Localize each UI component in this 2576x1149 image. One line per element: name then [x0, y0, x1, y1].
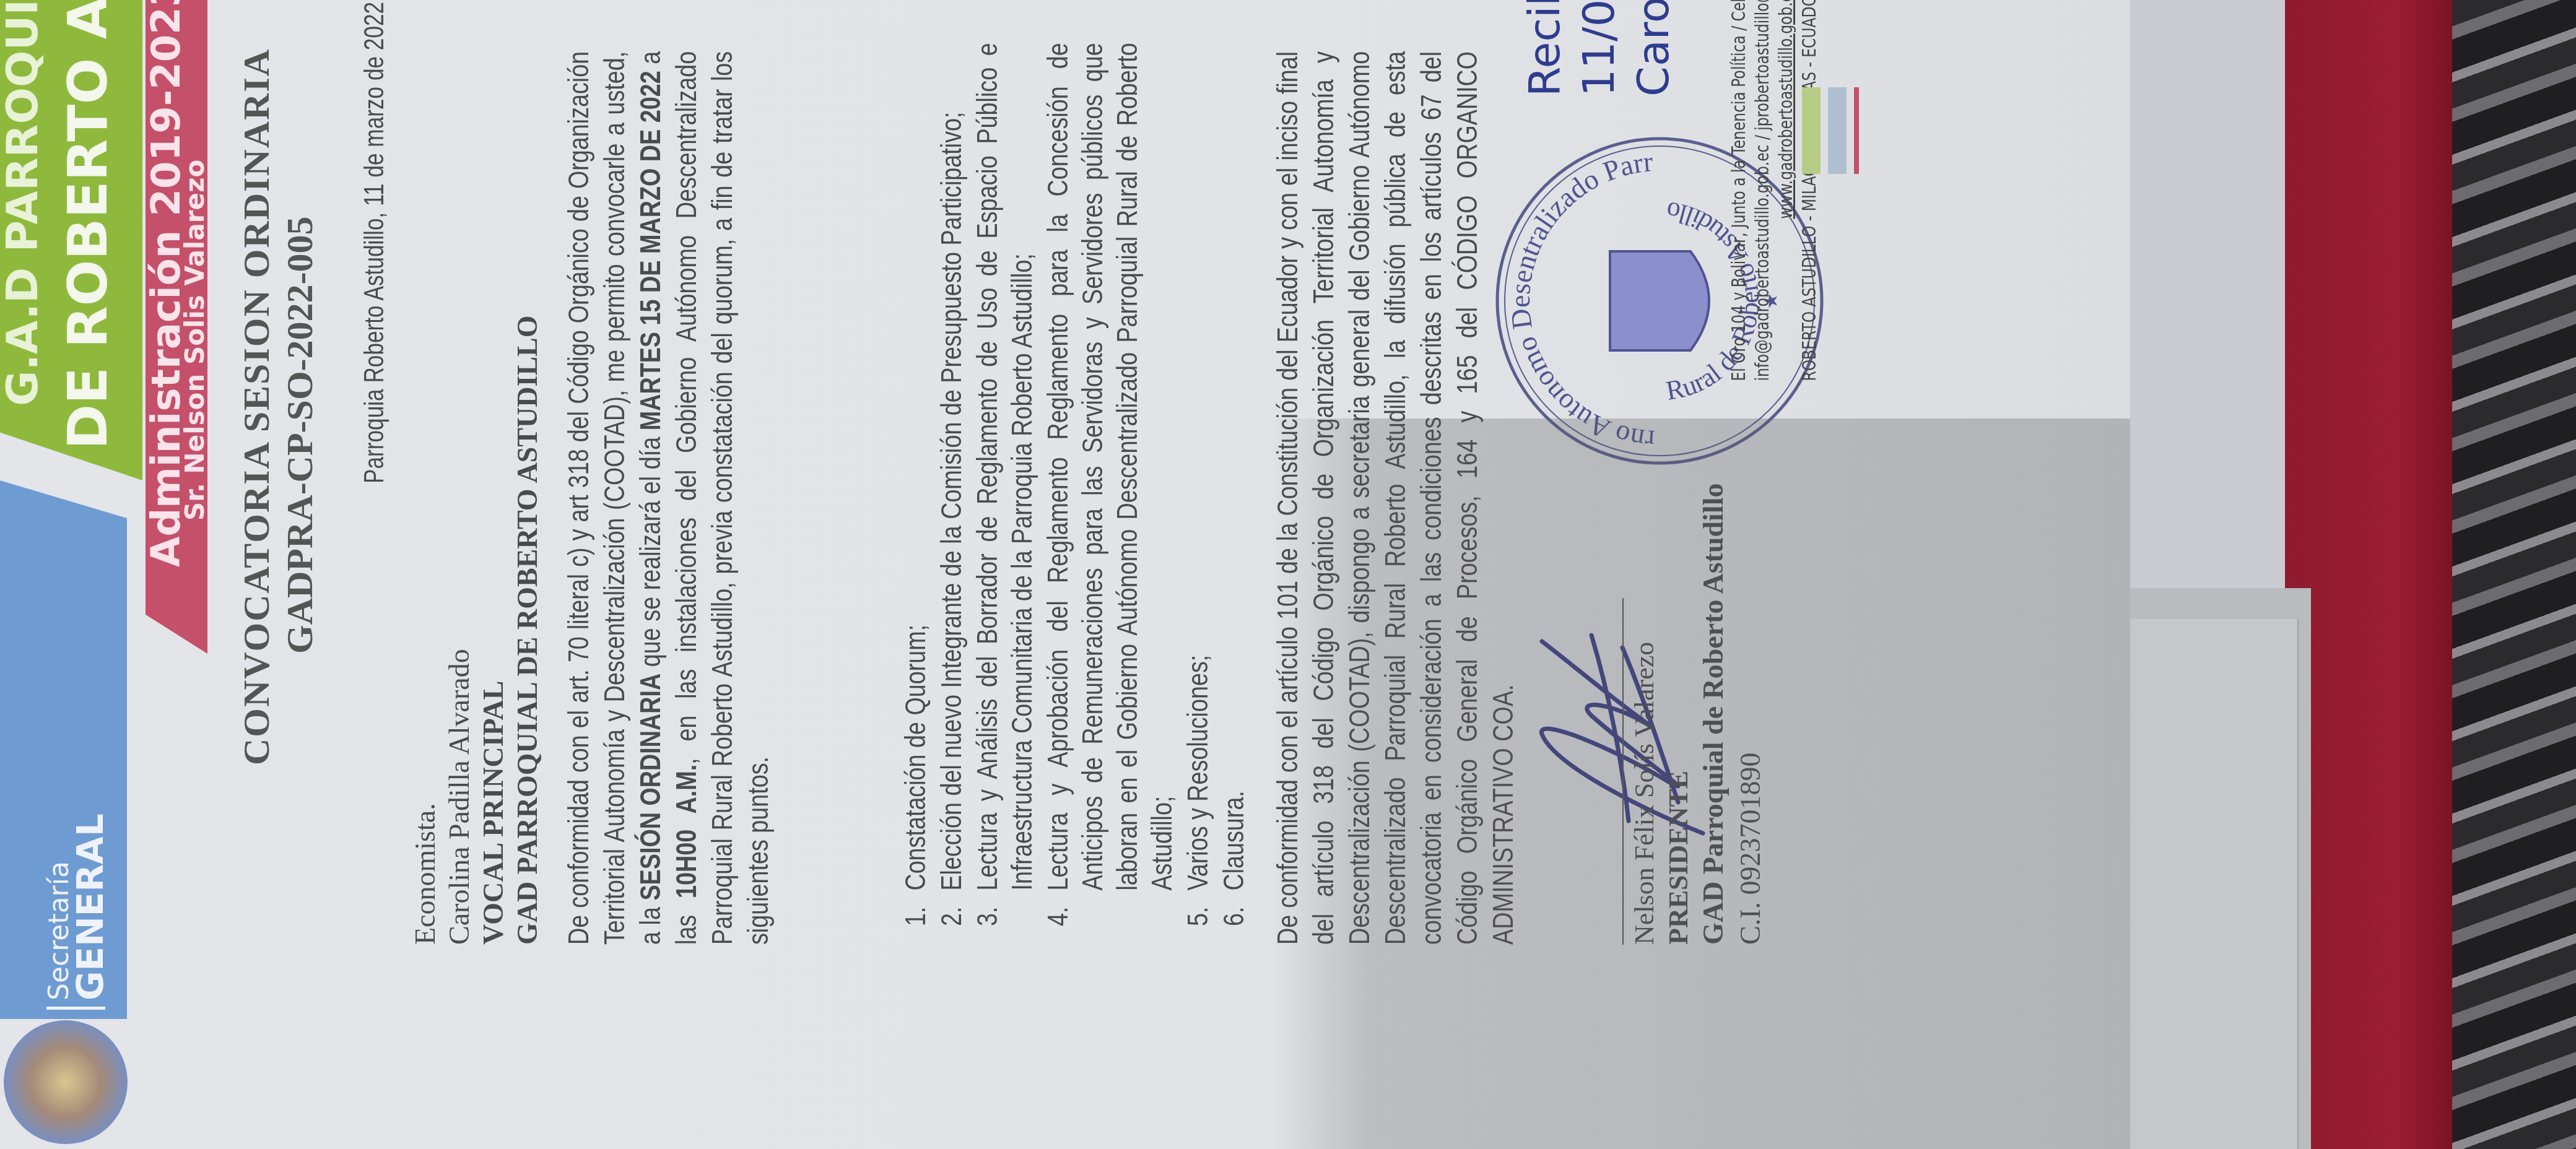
agenda-item: 3.Lectura y Análisis del Borrador de Reg…: [970, 43, 1039, 926]
footer-color-bars: [1802, 87, 1866, 174]
signatory-id: C.I. 0923701890: [1734, 753, 1767, 945]
signatory-name: Nelson Félix Solís Valarezo: [1629, 642, 1660, 945]
handnote-date: 11/03: [1572, 0, 1626, 97]
footer-emails[interactable]: info@gadrobertoastudillo.gob.ec / jprobe…: [1751, 0, 1775, 381]
footer-website-link[interactable]: www.gadrobertoastudillo.gob.ec: [1775, 0, 1798, 381]
footer-bar-blue: [1828, 87, 1847, 174]
agenda-text: Constatación de Quorum;: [898, 43, 933, 890]
agenda-item: 2.Elección del nuevo Integrante de la Co…: [934, 43, 968, 926]
intro-paragraph: De conformidad con el art. 70 literal c)…: [560, 51, 776, 945]
letterhead-footer: El Oro 104 y Bolivar, Junto a la Tenenci…: [1728, 0, 1822, 381]
agenda-text: Elección del nuevo Integrante de la Comi…: [934, 43, 968, 890]
handnote-received: Recib: [1517, 0, 1572, 97]
page-surface: G.A.D PARROQUIAL DE ROBERTO ASTUDILLO Ad…: [0, 0, 2130, 1149]
recipient-org: GAD PARROQUIAL DE ROBERTO ASTUDILLO: [511, 315, 544, 945]
recipient-title: Economista.: [409, 803, 442, 945]
org-name-line2: DE ROBERTO ASTUDILLO: [56, 0, 120, 449]
agenda-text: Clausura.: [1216, 43, 1251, 890]
handwritten-receipt-note: Recib 11/03 Carolina: [1517, 0, 1681, 97]
footer-bar-magenta: [1854, 87, 1859, 174]
parish-coat-of-arms-logo: [4, 1020, 128, 1144]
session-date: MARTES 15 DE MARZO DE 2022: [634, 71, 666, 430]
signatory-org: GAD Parroquial de Roberto Astudillo: [1697, 483, 1730, 945]
admin-person: Sr. Nelson Solis Valarezo: [180, 160, 210, 521]
agenda-number: 4.: [1040, 891, 1179, 926]
agenda-text: Lectura y Análisis del Borrador de Regla…: [970, 43, 1039, 890]
red-tablecloth-background: [2285, 0, 2471, 1149]
agenda-number: 5.: [1180, 891, 1215, 926]
footer-bar-green: [1802, 87, 1821, 174]
agenda-number: 1.: [898, 891, 933, 926]
handnote-name: Carolina: [1626, 0, 1681, 97]
org-name-line1: G.A.D PARROQUIAL: [0, 0, 48, 406]
document-title: CONVOCATORIA SESION ORDINARIA: [235, 48, 278, 765]
session-type: SESIÓN ORDINARIA: [634, 674, 666, 901]
agenda-list: 1.Constatación de Quorum; 2.Elección del…: [898, 43, 1252, 926]
recipient-role: VOCAL PRINCIPAL: [477, 681, 510, 945]
agenda-item: 6.Clausura.: [1216, 43, 1251, 926]
footer-location: ROBERTO ASTUDILLO - MILAGRO - GUAYAS - E…: [1798, 0, 1822, 381]
document-code: GADPRA-CP-SO-2022-005: [279, 216, 321, 654]
session-time: 10H00 A.M.: [670, 765, 702, 898]
document-page: G.A.D PARROQUIAL DE ROBERTO ASTUDILLO Ad…: [0, 0, 2130, 1149]
closing-paragraph: De conformidad con el artículo 101 de la…: [1269, 51, 1521, 945]
department-name: GENERAL: [69, 813, 111, 1000]
footer-address: El Oro 104 y Bolivar, Junto a la Tenenci…: [1728, 0, 1751, 381]
agenda-number: 2.: [934, 891, 968, 926]
agenda-item: 1.Constatación de Quorum;: [898, 43, 933, 926]
signatory-role: PRESIDENTE: [1663, 771, 1694, 945]
agenda-item: 5.Varios y Resoluciones;: [1180, 43, 1215, 926]
dark-fabric-background: [2452, 0, 2576, 1149]
agenda-number: 6.: [1216, 891, 1251, 926]
agenda-item: 4.Lectura y Aprobación del Reglamento Re…: [1040, 43, 1179, 926]
recipient-name: Carolina Padilla Alvarado: [443, 649, 476, 945]
intro-text-2: que se realizará el día: [634, 430, 666, 673]
signature-line: [1622, 598, 1624, 945]
agenda-text: Lectura y Aprobación del Reglamento Regl…: [1040, 43, 1179, 890]
agenda-text: Varios y Resoluciones;: [1180, 43, 1215, 890]
department-divider: [46, 1007, 105, 1010]
place-date: Parroquia Roberto Astudillo, 11 de marzo…: [359, 2, 390, 483]
agenda-number: 3.: [970, 891, 1039, 926]
